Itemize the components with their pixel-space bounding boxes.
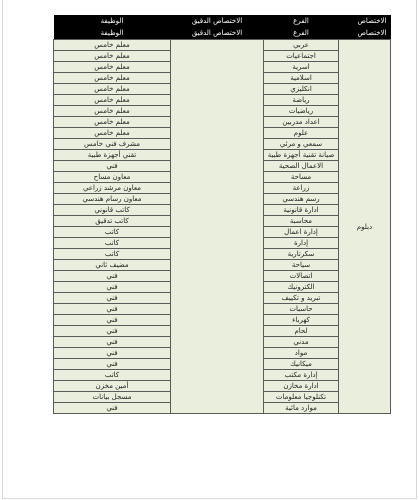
header-precise: الاختصاص الدقيق: [171, 27, 264, 40]
branch-cell: ميكانيك: [264, 359, 339, 370]
branch-cell: اعداد مدربين: [264, 117, 339, 128]
branch-cell: اتصالات: [264, 271, 339, 282]
branch-cell: رياضة: [264, 95, 339, 106]
branch-cell: كهرباء: [264, 315, 339, 326]
job-cell: تقني أجهزة طبية: [54, 150, 171, 161]
branch-cell: سكرتارية: [264, 249, 339, 260]
job-cell: معاون مرشد زراعي: [54, 183, 171, 194]
branch-cell: اسرية: [264, 62, 339, 73]
branch-cell: الاعمال الصحية: [264, 161, 339, 172]
header-job: الوظيفة: [54, 15, 171, 27]
branch-cell: ادارة مخازن: [264, 381, 339, 392]
header-row: الاختصاصالفرعالاختصاص الدقيقالوظيفة: [54, 27, 391, 40]
job-cell: فني: [54, 282, 171, 293]
branch-cell: تبريد و تكييف: [264, 293, 339, 304]
job-cell: فني: [54, 315, 171, 326]
branch-cell: عربي: [264, 40, 339, 51]
branch-cell: مساحة: [264, 172, 339, 183]
job-cell: فني: [54, 326, 171, 337]
branch-cell: إدارة مكتب: [264, 370, 339, 381]
job-cell: كاتب: [54, 249, 171, 260]
branch-cell: مواد: [264, 348, 339, 359]
branch-cell: تكنلوجيا معلومات: [264, 392, 339, 403]
job-cell: كاتب: [54, 370, 171, 381]
header-specialization: الاختصاص: [339, 27, 391, 40]
job-cell: فني: [54, 337, 171, 348]
branch-cell: صيانة تقنية أجهزة طبية: [264, 150, 339, 161]
branch-cell: سياحة: [264, 260, 339, 271]
job-cell: فني: [54, 293, 171, 304]
job-cell: معلم خامس: [54, 62, 171, 73]
header-branch: الفرع: [264, 27, 339, 40]
header-job: الوظيفة: [54, 27, 171, 40]
job-cell: معلم خامس: [54, 40, 171, 51]
job-cell: فني: [54, 271, 171, 282]
branch-cell: الكترونيك: [264, 282, 339, 293]
branch-cell: علوم: [264, 128, 339, 139]
job-cell: فني: [54, 403, 171, 414]
branch-cell: رياضيات: [264, 106, 339, 117]
jobs-table: الاختصاصالفرعالاختصاص الدقيقالوظيفةالاخت…: [53, 15, 391, 414]
job-cell: معاون مساح: [54, 172, 171, 183]
job-cell: معلم خامس: [54, 73, 171, 84]
branch-cell: اسلامية: [264, 73, 339, 84]
branch-cell: زراعة: [264, 183, 339, 194]
header-specialization: الاختصاص: [339, 15, 391, 27]
branch-cell: محاسبة: [264, 216, 339, 227]
job-cell: معلم خامس: [54, 95, 171, 106]
header-row: الاختصاصالفرعالاختصاص الدقيقالوظيفة: [54, 15, 391, 27]
job-cell: فني: [54, 348, 171, 359]
job-cell: كاتب: [54, 238, 171, 249]
branch-cell: رسم هندسي: [264, 194, 339, 205]
job-cell: فني: [54, 359, 171, 370]
job-cell: معلم خامس: [54, 84, 171, 95]
branch-cell: إدارة: [264, 238, 339, 249]
job-cell: معلم خامس: [54, 117, 171, 128]
branch-cell: موارد مائية: [264, 403, 339, 414]
job-cell: مسجل بيانات: [54, 392, 171, 403]
job-cell: مشرف فني خامس: [54, 139, 171, 150]
table-row: دبلومعربيمعلم خامس: [54, 40, 391, 51]
branch-cell: ادارة قانونية: [264, 205, 339, 216]
branch-cell: لحام: [264, 326, 339, 337]
job-cell: معلم خامس: [54, 106, 171, 117]
branch-cell: حاسبات: [264, 304, 339, 315]
branch-cell: اجتماعيات: [264, 51, 339, 62]
job-cell: معلم خامس: [54, 128, 171, 139]
job-cell: مضيف ثاني: [54, 260, 171, 271]
branch-cell: إدارة اعمال: [264, 227, 339, 238]
specialization-cell: دبلوم: [339, 40, 391, 414]
job-cell: فني: [54, 304, 171, 315]
header-branch: الفرع: [264, 15, 339, 27]
precise-specialization-cell: [171, 40, 264, 414]
job-cell: كاتب تدقيق: [54, 216, 171, 227]
header-precise: الاختصاص الدقيق: [171, 15, 264, 27]
job-cell: كاتب قانوني: [54, 205, 171, 216]
job-cell: أمين مخزن: [54, 381, 171, 392]
branch-cell: مدني: [264, 337, 339, 348]
job-cell: معلم خامس: [54, 51, 171, 62]
job-cell: معاون رسام هندسي: [54, 194, 171, 205]
job-cell: فني: [54, 161, 171, 172]
job-cell: كاتب: [54, 227, 171, 238]
branch-cell: انكليزي: [264, 84, 339, 95]
branch-cell: سمعي و مرئي: [264, 139, 339, 150]
